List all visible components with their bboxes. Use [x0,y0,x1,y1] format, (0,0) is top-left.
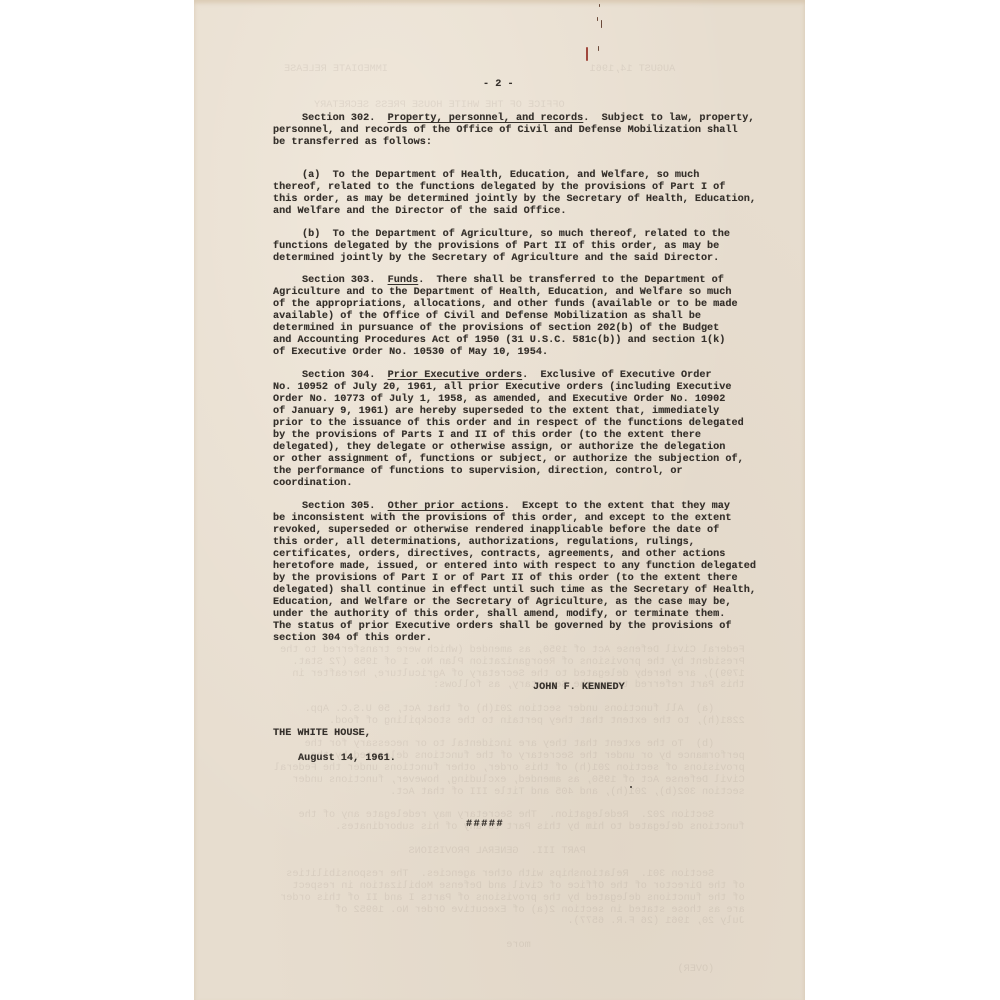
section-304-line: coordination. [273,478,352,490]
ink-speck [630,786,632,788]
section-304-line: Order No. 10773 of July 1, 1958, as amen… [273,394,725,406]
section-305-line: be inconsistent with the provisions of t… [273,513,732,525]
section-303-line: available) of the Office of Civil and De… [273,311,701,323]
section-303-prefix: Section 303. [302,275,375,286]
subsection-a-line: thereof, related to the functions delega… [273,182,725,194]
section-305-line: this order, all determinations, authoriz… [273,537,695,549]
section-302-line: be transferred as follows: [273,137,432,149]
section-304-heading: Prior Executive orders [388,370,523,381]
section-305-line: heretofore made, issued, or entered into… [273,561,756,573]
section-305-line: under the authority of this order, shall… [273,609,725,621]
section-304-line: delegated), they delegate or otherwise a… [273,442,725,454]
page-number: - 2 - [483,79,514,91]
pen-mark [586,47,588,61]
section-304-first-line: Section 304. Prior Executive orders. Exc… [302,370,712,382]
section-303-first-line-rest: . There shall be transferred to the Depa… [418,275,724,286]
subsection-b-first-line: (b) To the Department of Agriculture, so… [302,229,730,241]
section-305-line: by the provisions of Part I or of Part I… [273,573,738,585]
section-303-line: of Executive Order No. 10530 of May 10, … [273,347,548,359]
section-304-line: or other assignment of, functions or sub… [273,454,744,466]
section-302-prefix: Section 302. [302,113,375,124]
section-305-line: revoked, superseded or otherwise rendere… [273,525,719,537]
section-305-line: Education, and Welfare or the Secretary … [273,597,732,609]
document-page: AUGUST 14,1961 IMMEDIATE RELEASE OFFICE … [194,0,805,1000]
pen-mark [599,4,600,7]
section-302-first-line-rest: . Subject to law, property, [583,113,754,124]
pen-mark [597,17,598,21]
section-303-line: determined in pursuance of the provision… [273,323,719,335]
section-305-prefix: Section 305. [302,501,375,512]
section-304-line: by the provisions of Parts I and II of t… [273,430,701,442]
section-304-line: No. 10952 of July 20, 1961, all prior Ex… [273,382,732,394]
section-304-prefix: Section 304. [302,370,375,381]
subsection-a-line: this order, as may be determined jointly… [273,194,756,206]
section-305-line: The status of prior Executive orders sha… [273,621,732,633]
section-305-first-line-rest: . Except to the extent that they may [504,501,730,512]
section-304-line: prior to the issuance of this order and … [273,418,744,430]
section-303-first-line: Section 303. Funds. There shall be trans… [302,275,724,287]
subsection-a-first-line: (a) To the Department of Health, Educati… [302,170,699,182]
subsection-b-line: determined jointly by the Secretary of A… [273,253,719,265]
end-mark: ##### [466,819,504,831]
bleed-through-text: Federal Civil Defense Act of 1950, as am… [274,645,745,975]
section-305-line: delegated) shall continue in effect unti… [273,585,756,597]
place: THE WHITE HOUSE, [273,728,371,740]
section-303-line: of the appropriations, allocations, and … [273,299,738,311]
pen-mark [598,46,599,51]
bleed-through-text: AUGUST 14,1961 IMMEDIATE RELEASE [284,64,675,76]
pen-mark [601,20,602,28]
section-304-first-line-rest: . Exclusive of Executive Order [522,370,712,381]
section-305-first-line: Section 305. Other prior actions. Except… [302,501,730,513]
section-305-heading: Other prior actions [388,501,504,512]
date: August 14, 1961. [298,753,396,765]
bleed-through-text: OFFICE OF THE WHITE HOUSE PRESS SECRETAR… [314,100,626,112]
section-302-first-line: Section 302. Property, personnel, and re… [302,113,754,125]
section-303-line: Agriculture and to the Department of Hea… [273,287,732,299]
section-302-line: personnel, and records of the Office of … [273,125,738,137]
section-304-line: of January 9, 1961) are hereby supersede… [273,406,719,418]
subsection-b-line: functions delegated by the provisions of… [273,241,719,253]
section-304-line: the performance of functions to supervis… [273,466,683,478]
section-303-heading: Funds [388,275,419,286]
section-305-line: certificates, orders, directives, contra… [273,549,725,561]
section-303-line: and Accounting Procedures Act of 1950 (3… [273,335,725,347]
section-305-line: section 304 of this order. [273,633,432,645]
subsection-a-line: and Welfare and the Director of the said… [273,206,566,218]
signature: JOHN F. KENNEDY [533,682,625,694]
section-302-heading: Property, personnel, and records [388,113,584,124]
